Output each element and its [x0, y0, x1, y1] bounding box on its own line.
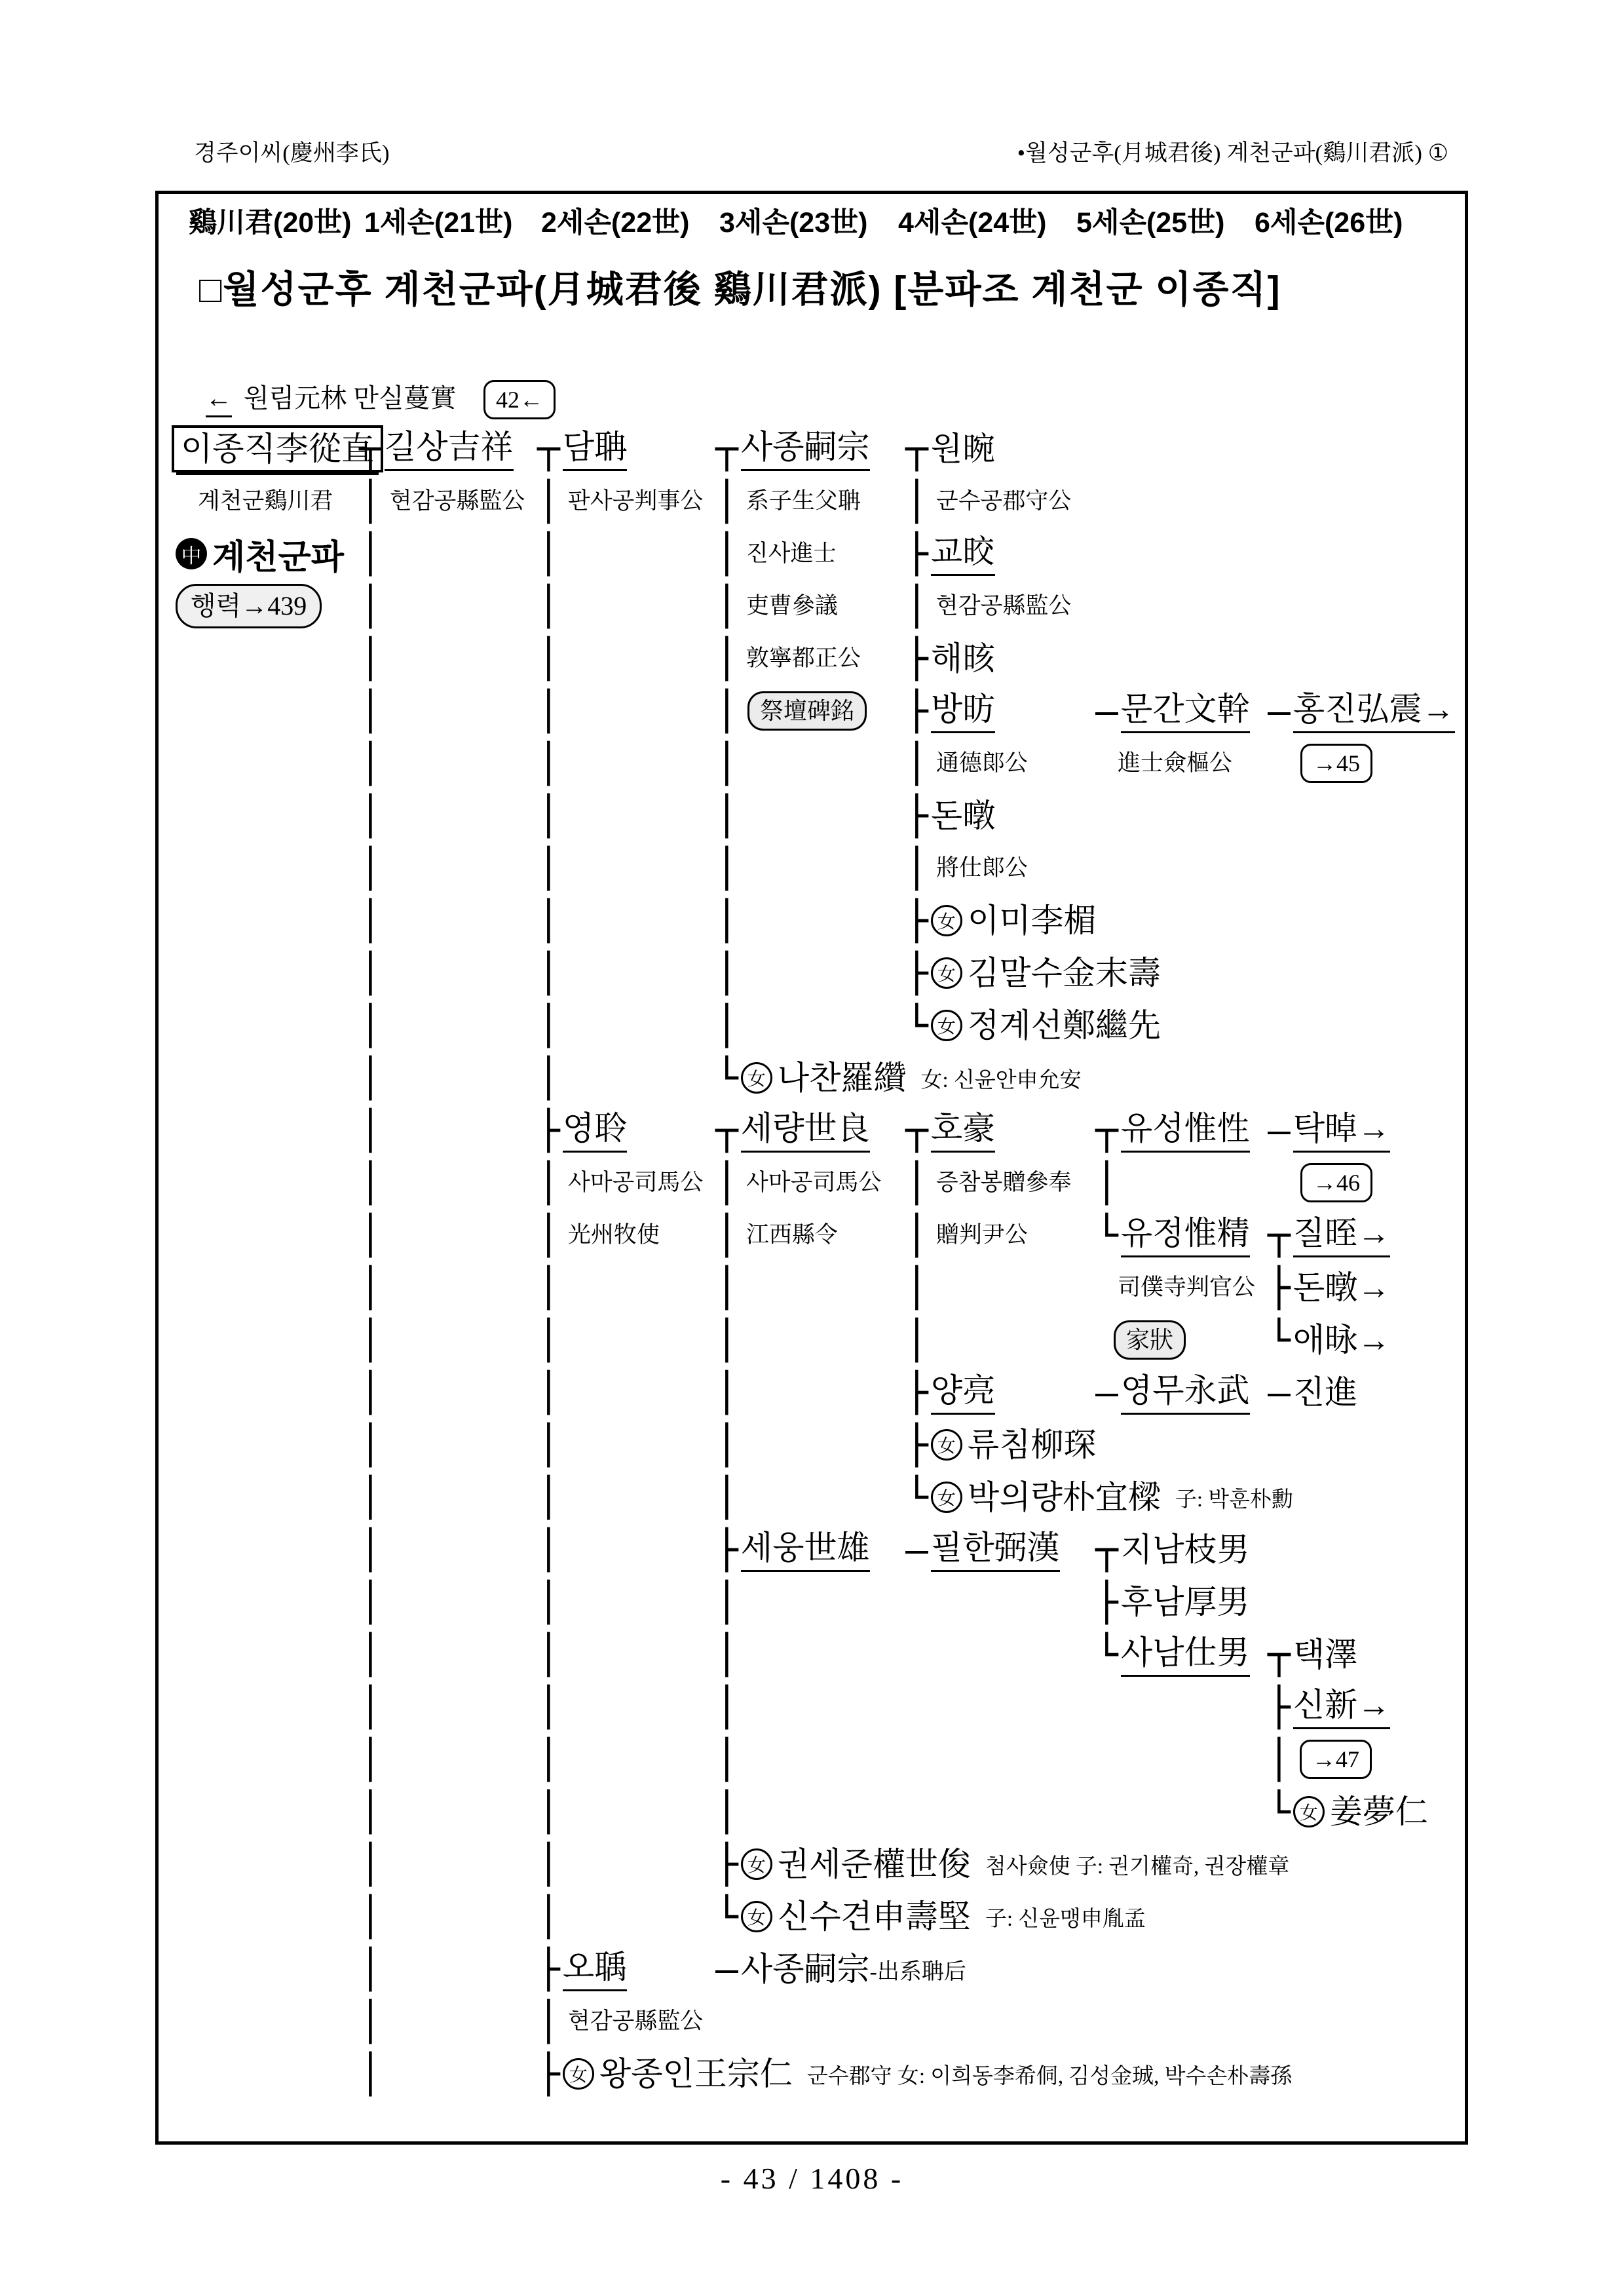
name-cell: —홍진弘震→: [1268, 685, 1455, 737]
connector-line: │: [537, 999, 560, 1052]
line-cell: │: [359, 1943, 382, 1995]
person-name: 양亮: [931, 1370, 995, 1415]
connector-line: │: [715, 842, 738, 894]
connector-line: │: [359, 580, 382, 632]
person-name: 이미李楣: [968, 900, 1097, 941]
line-cell: │: [359, 580, 382, 632]
line-cell: │: [359, 947, 382, 999]
line-cell: │: [715, 1471, 738, 1523]
person-name: 애昹→: [1293, 1320, 1390, 1360]
name-cell: └女나찬羅纘女: 신윤안申允安: [715, 1052, 1082, 1104]
annotation-cell: │진사進士: [715, 527, 837, 580]
page-ref-pill: →46: [1300, 1163, 1372, 1202]
name-cell: ├女권세준權世俊첨사僉使 子: 권기權奇, 권장權章: [715, 1838, 1289, 1890]
line-cell: │: [715, 1576, 738, 1628]
connector-line: │: [537, 1261, 560, 1314]
connector-line: │: [537, 1995, 560, 2048]
line-cell: │: [359, 1523, 382, 1576]
generation-label: 1세손(21世): [364, 201, 512, 240]
connector-line: —: [1268, 1104, 1291, 1157]
connector-line: ┬: [1268, 1209, 1291, 1261]
title-annotation: 군수공郡守公: [936, 486, 1071, 516]
line-cell: │: [537, 999, 560, 1052]
line-cell: │: [359, 1838, 382, 1890]
line-cell: │: [537, 527, 560, 580]
person-name: 세웅世雄: [741, 1527, 870, 1572]
connector-line: └: [905, 1471, 928, 1523]
line-cell: │: [1095, 1157, 1118, 1209]
name-cell: └애昹→: [1268, 1314, 1390, 1366]
connector-line: └: [715, 1052, 738, 1104]
connector-line: —: [715, 1943, 738, 1995]
connector-line: ┬: [715, 423, 738, 475]
connector-line: │: [359, 1209, 382, 1261]
name-cell: —문간文幹: [1095, 685, 1250, 737]
line-cell: │: [715, 1314, 738, 1366]
connector-line: ├: [905, 790, 928, 842]
line-cell: │: [359, 999, 382, 1052]
person-name: 담聃: [563, 427, 627, 471]
title-annotation: 贈判尹公: [936, 1220, 1028, 1250]
connector-line: │: [537, 1052, 560, 1104]
name-cell: —진進: [1268, 1366, 1357, 1419]
connector-line: │: [537, 1681, 560, 1733]
connector-line: │: [537, 842, 560, 894]
connector-line: │: [715, 1419, 738, 1471]
annotation-cell: │증참봉贈參奉: [905, 1157, 1071, 1209]
connector-line: ┬: [905, 1104, 928, 1157]
name-cell: ┬길상吉祥: [359, 423, 514, 475]
line-cell: │: [715, 1419, 738, 1471]
person-name: 왕종인王宗仁: [599, 2054, 793, 2094]
connector-line: │: [359, 1419, 382, 1471]
connector-line: │: [905, 842, 928, 894]
female-icon: 女: [931, 905, 962, 936]
title-annotation: 증참봉贈參奉: [936, 1168, 1071, 1198]
connector-line: │: [537, 1314, 560, 1366]
line-cell: │: [537, 1681, 560, 1733]
connector-line: │: [715, 1786, 738, 1838]
line-cell: │: [359, 527, 382, 580]
person-name: 사종嗣宗: [741, 1949, 870, 1989]
connector-line: │: [359, 1314, 382, 1366]
origin-page-ref-pill: 42←: [483, 380, 556, 419]
person-name: 권세준權世俊: [778, 1844, 971, 1885]
connector-line: ┬: [1268, 1628, 1291, 1681]
connector-line: │: [359, 999, 382, 1052]
connector-line: ├: [715, 1838, 738, 1890]
clan-name-header: 경주이씨(慶州李氏): [194, 135, 390, 168]
connector-line: │: [537, 1157, 560, 1209]
connector-line: └: [715, 1890, 738, 1943]
name-cell: ├女이미李楣: [905, 894, 1097, 947]
reference-cell: →46: [1268, 1157, 1372, 1209]
reference-cell: 家狀: [1095, 1314, 1186, 1366]
connector-line: ├: [1268, 1261, 1291, 1314]
connector-line: │: [537, 1419, 560, 1471]
name-cell: ├女김말수金末壽: [905, 947, 1161, 999]
connector-line: ┬: [359, 423, 382, 475]
record-pill: 家狀: [1114, 1320, 1186, 1360]
title-annotation: 판사공判事公: [568, 486, 703, 516]
line-cell: │: [359, 790, 382, 842]
person-name: 지남枝男: [1121, 1529, 1250, 1570]
connector-line: ┬: [1095, 1523, 1118, 1576]
line-cell: │: [359, 1890, 382, 1943]
relation-note: 子: 신윤맹申胤孟: [985, 1902, 1146, 1932]
relation-note: 女: 신윤안申允安: [921, 1063, 1082, 1094]
generation-label: 4세손(24世): [898, 201, 1046, 240]
reference-cell: │祭壇碑銘: [715, 685, 867, 737]
title-annotation: 系子生父聃: [746, 486, 861, 516]
connector-line: ├: [1095, 1576, 1118, 1628]
connector-line: │: [715, 527, 738, 580]
line-cell: │: [537, 790, 560, 842]
connector-line: │: [715, 1314, 738, 1366]
line-cell: │: [905, 1261, 928, 1314]
line-cell: │: [715, 1681, 738, 1733]
page-title: □월성군후 계천군파(月城君後 鷄川君派) [분파조 계천군 이종직]: [199, 259, 1281, 313]
connector-line: │: [715, 1681, 738, 1733]
connector-line: │: [715, 737, 738, 790]
connector-line: —: [1268, 685, 1291, 737]
line-cell: │: [359, 1628, 382, 1681]
person-name: 사남仕男: [1121, 1632, 1250, 1677]
line-cell: │: [537, 947, 560, 999]
line-cell: │: [537, 894, 560, 947]
line-cell: │: [537, 685, 560, 737]
continued-from-arrow-icon: ←: [206, 381, 232, 417]
person-name: 姜夢仁: [1330, 1791, 1428, 1832]
line-cell: │: [715, 894, 738, 947]
line-cell: │: [537, 1052, 560, 1104]
connector-line: │: [537, 1576, 560, 1628]
person-name: 정계선鄭繼先: [968, 1005, 1161, 1046]
line-cell: │: [537, 1786, 560, 1838]
line-cell: │: [359, 1104, 382, 1157]
connector-line: ├: [905, 632, 928, 685]
person-name: 방昉: [931, 689, 995, 733]
person-name: 오聥: [563, 1947, 627, 1991]
connector-line: —: [1095, 685, 1118, 737]
connector-line: │: [715, 1471, 738, 1523]
connector-line: ├: [905, 1419, 928, 1471]
title-annotation: 司僕寺判官公: [1118, 1272, 1255, 1303]
page-ref-pill: →45: [1300, 744, 1372, 783]
person-name: 문간文幹: [1121, 689, 1250, 733]
annotation-cell: │贈判尹公: [905, 1209, 1028, 1261]
line-cell: │: [537, 1628, 560, 1681]
title-annotation: 將仕郞公: [936, 853, 1028, 883]
line-cell: │: [537, 632, 560, 685]
name-cell: 이종직李從直: [172, 423, 383, 475]
female-icon: 女: [741, 1901, 772, 1932]
connector-line: │: [1268, 1733, 1291, 1786]
connector-line: ├: [905, 527, 928, 580]
name-cell: ┬유성惟性: [1095, 1104, 1250, 1157]
line-cell: │: [537, 1733, 560, 1786]
title-annotation: 사마공司馬公: [568, 1168, 703, 1198]
connector-line: │: [715, 1576, 738, 1628]
connector-line: │: [715, 1261, 738, 1314]
connector-line: │: [905, 580, 928, 632]
person-name: 세량世良: [741, 1108, 870, 1153]
connector-line: │: [359, 947, 382, 999]
line-cell: │: [537, 580, 560, 632]
line-cell: │: [715, 737, 738, 790]
name-cell: └유정惟精: [1095, 1209, 1250, 1261]
person-name: 이종직李從直: [172, 425, 383, 472]
connector-line: │: [537, 1209, 560, 1261]
connector-line: ├: [905, 1366, 928, 1419]
genealogy-page: 경주이씨(慶州李氏) •월성군후(月城君後) 계천군파(鷄川君派) ① 鷄川君(…: [0, 0, 1624, 2296]
title-annotation: 進士僉樞公: [1118, 748, 1232, 778]
reference-cell: →45: [1268, 737, 1372, 790]
title-annotation: 通德郞公: [936, 748, 1028, 778]
connector-line: │: [359, 685, 382, 737]
connector-line: │: [359, 475, 382, 527]
connector-line: │: [715, 1366, 738, 1419]
line-cell: │: [537, 1523, 560, 1576]
connector-line: │: [359, 1523, 382, 1576]
line-cell: │: [537, 842, 560, 894]
connector-line: │: [537, 475, 560, 527]
connector-line: │: [359, 1471, 382, 1523]
female-icon: 女: [931, 1010, 962, 1041]
person-name: 해晐: [931, 638, 995, 679]
line-cell: │: [537, 737, 560, 790]
line-cell: │: [537, 1261, 560, 1314]
connector-line: │: [715, 475, 738, 527]
person-name: 류침柳琛: [968, 1425, 1097, 1465]
line-cell: │: [359, 632, 382, 685]
title-annotation: 江西縣令: [746, 1220, 838, 1250]
line-cell: │: [715, 842, 738, 894]
connector-line: │: [715, 894, 738, 947]
connector-line: └: [1095, 1628, 1118, 1681]
connector-line: │: [359, 632, 382, 685]
connector-line: │: [537, 685, 560, 737]
annotation-cell: │사마공司馬公: [537, 1157, 703, 1209]
connector-line: │: [537, 1366, 560, 1419]
connector-line: │: [537, 1838, 560, 1890]
generation-label: 2세손(22世): [541, 201, 689, 240]
name-cell: ├교晈: [905, 527, 995, 580]
line-cell: │: [537, 1314, 560, 1366]
title-annotation: 吏曹參議: [746, 591, 838, 621]
connector-line: │: [359, 1995, 382, 2048]
name-cell: —필한弼漢: [905, 1523, 1060, 1576]
person-name: 탁晫→: [1293, 1108, 1390, 1153]
connector-line: │: [715, 1157, 738, 1209]
connector-line: │: [537, 527, 560, 580]
line-cell: │: [537, 1576, 560, 1628]
line-cell: │: [715, 999, 738, 1052]
name-cell: ├세웅世雄: [715, 1523, 870, 1576]
line-cell: │: [359, 1052, 382, 1104]
connector-line: └: [905, 999, 928, 1052]
female-icon: 女: [1293, 1796, 1325, 1827]
line-cell: │: [359, 1157, 382, 1209]
line-cell: │: [905, 1314, 928, 1366]
name-cell: ┬원晼: [905, 423, 995, 475]
connector-line: │: [537, 1628, 560, 1681]
female-icon: 女: [931, 957, 962, 989]
line-cell: │: [359, 1471, 382, 1523]
annotation-cell: │將仕郞公: [905, 842, 1028, 894]
female-icon: 女: [741, 1062, 772, 1094]
person-name: 필한弼漢: [931, 1527, 1060, 1572]
name-cell: └女姜夢仁: [1268, 1786, 1428, 1838]
connector-line: │: [359, 1681, 382, 1733]
connector-line: │: [537, 737, 560, 790]
title-annotation: 계천군鷄川君: [198, 486, 333, 516]
connector-line: │: [359, 1576, 382, 1628]
name-cell: ├해晐: [905, 632, 995, 685]
annotation-cell: │光州牧使: [537, 1209, 660, 1261]
connector-line: │: [715, 580, 738, 632]
line-cell: │: [359, 737, 382, 790]
name-cell: ┬세량世良: [715, 1104, 870, 1157]
line-cell: │: [537, 1890, 560, 1943]
name-cell: ├女왕종인王宗仁군수郡守 女: 이희동李希侗, 김성金珹, 박수손朴壽孫: [537, 2048, 1292, 2100]
connector-line: ┬: [715, 1104, 738, 1157]
person-name: 사종嗣宗: [741, 427, 870, 471]
title-annotation: 사마공司馬公: [746, 1168, 881, 1198]
title-annotation: 진사進士: [746, 539, 837, 569]
page-number: - 43 / 1408 -: [0, 2161, 1624, 2196]
relation-note: 子: 박훈朴勳: [1175, 1482, 1293, 1513]
connector-line: ├: [905, 947, 928, 999]
connector-line: ├: [715, 1523, 738, 1576]
connector-line: │: [905, 1261, 928, 1314]
connector-line: │: [715, 947, 738, 999]
connector-line: │: [715, 999, 738, 1052]
generation-label: 3세손(23世): [719, 201, 867, 240]
line-cell: │: [715, 1733, 738, 1786]
connector-line: │: [359, 1261, 382, 1314]
title-annotation: 현감공縣監公: [390, 486, 525, 516]
person-name: 택澤: [1293, 1634, 1357, 1675]
connector-line: ├: [905, 894, 928, 947]
connector-line: │: [715, 685, 738, 737]
line-cell: │: [359, 685, 382, 737]
person-name: 신수견申壽堅: [778, 1896, 971, 1937]
connector-line: │: [715, 632, 738, 685]
line-cell: │: [359, 1314, 382, 1366]
annotation-cell: │현감공縣監公: [537, 1995, 703, 2048]
connector-line: │: [905, 1314, 928, 1366]
connector-line: │: [537, 947, 560, 999]
line-cell: │: [359, 2048, 382, 2100]
name-cell: ├후남厚男: [1095, 1576, 1250, 1628]
connector-line: │: [359, 894, 382, 947]
record-pill: 祭壇碑銘: [747, 691, 867, 731]
annotation-cell: │通德郞公: [905, 737, 1028, 790]
connector-line: —: [905, 1523, 928, 1576]
line-cell: │: [715, 1366, 738, 1419]
line-cell: │: [715, 947, 738, 999]
connector-line: │: [359, 1628, 382, 1681]
name-cell: ├돈暾: [905, 790, 995, 842]
connector-line: ├: [537, 1943, 560, 1995]
connector-line: │: [537, 632, 560, 685]
connector-line: ├: [537, 1104, 560, 1157]
reference-cell: 행력→439: [176, 580, 322, 632]
annotation-cell: 계천군鷄川君: [176, 475, 333, 527]
title-annotation: 光州牧使: [568, 1220, 660, 1250]
connector-line: ┬: [537, 423, 560, 475]
person-name: 영聆: [563, 1108, 627, 1153]
name-cell: —사종嗣宗-出系聃后: [715, 1943, 966, 1995]
line-cell: │: [359, 1995, 382, 2048]
name-cell: —영무永武: [1095, 1366, 1250, 1419]
connector-line: │: [905, 475, 928, 527]
line-cell: │: [715, 1628, 738, 1681]
connector-line: │: [537, 1523, 560, 1576]
title-annotation: 현감공縣監公: [936, 591, 1071, 621]
line-cell: │: [715, 1261, 738, 1314]
generation-label: 5세손(25世): [1076, 201, 1224, 240]
name-cell: ├신新→: [1268, 1681, 1390, 1733]
line-cell: │: [359, 1733, 382, 1786]
name-cell: ├영聆: [537, 1104, 627, 1157]
reference-cell: │→47: [1268, 1733, 1372, 1786]
connector-line: │: [359, 1104, 382, 1157]
connector-line: │: [359, 527, 382, 580]
branch-name-header: •월성군후(月城君後) 계천군파(鷄川君派) ①: [1017, 135, 1448, 168]
connector-line: │: [359, 1366, 382, 1419]
connector-line: │: [359, 1943, 382, 1995]
connector-line: │: [715, 1628, 738, 1681]
person-name: 돈暾: [931, 795, 995, 836]
connector-line: └: [1268, 1314, 1291, 1366]
connector-line: │: [715, 790, 738, 842]
name-cell: └女박의량朴宜樑子: 박훈朴勳: [905, 1471, 1293, 1523]
connector-line: │: [537, 894, 560, 947]
line-cell: │: [715, 790, 738, 842]
connector-line: │: [359, 1733, 382, 1786]
person-name: 후남厚男: [1121, 1582, 1250, 1622]
branch-middle-icon: 中: [176, 538, 207, 569]
person-name: 유성惟性: [1121, 1108, 1250, 1153]
annotation-cell: │현감공縣監公: [905, 580, 1071, 632]
connector-line: │: [905, 737, 928, 790]
line-cell: │: [359, 1261, 382, 1314]
generation-label: 6세손(26世): [1255, 201, 1403, 240]
person-name: 박의량朴宜樑: [968, 1477, 1161, 1518]
line-cell: │: [537, 1838, 560, 1890]
page-ref-pill: →47: [1300, 1740, 1372, 1779]
adoption-note: -出系聃后: [870, 1953, 966, 1985]
connector-line: │: [359, 1890, 382, 1943]
annotation-cell: │江西縣令: [715, 1209, 838, 1261]
line-cell: │: [359, 842, 382, 894]
connector-line: │: [359, 842, 382, 894]
connector-line: │: [359, 790, 382, 842]
branch-name: 계천군파: [212, 529, 344, 579]
line-cell: │: [359, 1681, 382, 1733]
connector-line: └: [1095, 1209, 1118, 1261]
person-name: 질晊→: [1293, 1213, 1390, 1257]
name-cell: ├돈暾→: [1268, 1261, 1390, 1314]
annotation-cell: │현감공縣監公: [359, 475, 525, 527]
person-name: 원晼: [931, 429, 995, 469]
name-cell: └사남仕男: [1095, 1628, 1250, 1681]
line-cell: │: [359, 1366, 382, 1419]
annotation-cell: │사마공司馬公: [715, 1157, 881, 1209]
connector-line: │: [359, 1786, 382, 1838]
